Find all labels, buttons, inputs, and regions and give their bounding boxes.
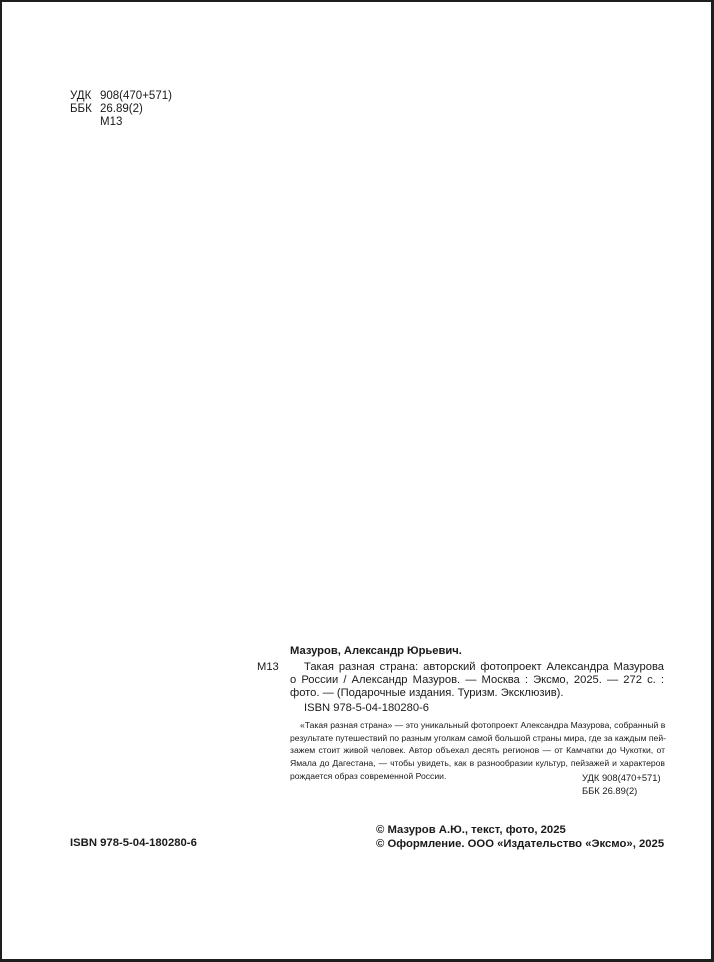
bbk-value: 26.89(2) — [100, 103, 143, 115]
record-classification: УДК 908(470+571) ББК 26.89(2) — [582, 772, 661, 797]
bbk-label: ББК — [70, 103, 100, 116]
author-heading: Мазуров, Александр Юрьевич. — [290, 645, 462, 658]
record-bbk: ББК 26.89(2) — [582, 785, 661, 798]
description-line: Такая разная страна: авторский фотопроек… — [290, 661, 664, 674]
footer-isbn: ISBN 978-5-04-180280-6 — [70, 837, 197, 851]
bbk-row: ББК26.89(2) — [70, 103, 172, 116]
udk-label: УДК — [70, 90, 100, 103]
record-udk: УДК 908(470+571) — [582, 772, 661, 785]
record-isbn: ISBN 978-5-04-180280-6 — [304, 702, 429, 715]
udk-row: УДК908(470+571) — [70, 90, 172, 103]
copyright-block: © Мазуров А.Ю., текст, фото, 2025 © Офор… — [376, 824, 664, 851]
copyright-line: © Оформление. ООО «Издательство «Эксмо»,… — [376, 838, 664, 852]
book-imprint-page: УДК908(470+571) ББК26.89(2) М13 Мазуров,… — [2, 2, 711, 959]
record-author-mark: М13 — [257, 661, 279, 674]
description-line: о России / Александр Мазуров. — Москва :… — [290, 674, 664, 687]
author-mark-row: М13 — [70, 116, 172, 129]
annotation-line: зажем стоит живой человек. Автор объехал… — [290, 744, 665, 757]
author-mark: М13 — [100, 116, 122, 128]
record-description: Такая разная страна: авторский фотопроек… — [290, 661, 664, 701]
description-line: фото. — (Подарочные издания. Туризм. Экс… — [290, 687, 664, 700]
copyright-line: © Мазуров А.Ю., текст, фото, 2025 — [376, 824, 664, 838]
annotation-line: Ямала до Дагестана, — чтобы увидеть, как… — [290, 757, 665, 770]
udk-value: 908(470+571) — [100, 90, 172, 102]
annotation-line: результате путешествий по разным уголкам… — [290, 732, 665, 745]
classification-block: УДК908(470+571) ББК26.89(2) М13 — [70, 90, 172, 129]
annotation-line: «Такая разная страна» — это уникальный ф… — [290, 719, 665, 732]
